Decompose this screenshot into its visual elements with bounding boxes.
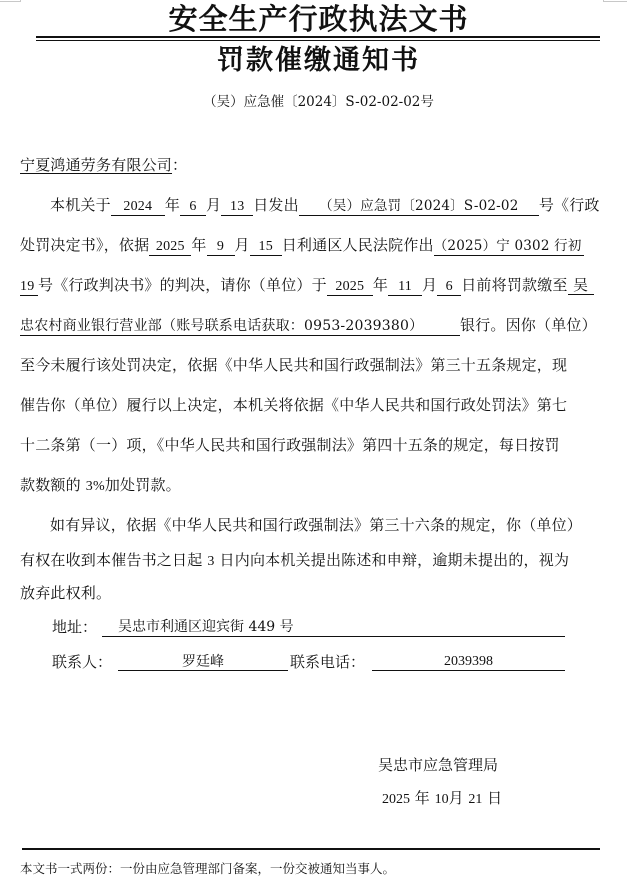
text: 有权在收到本催告书之日起	[20, 551, 202, 569]
title-double-rule-bottom	[36, 40, 600, 41]
paragraph1-line8: 款数额的 3%加处罚款。	[20, 475, 610, 497]
text: 月	[449, 789, 464, 807]
date-year: 2025	[382, 792, 410, 807]
text: 款数额的	[20, 476, 81, 494]
date-month: 10	[435, 792, 449, 807]
address-underline	[102, 636, 565, 637]
footer-note: 本文书一式两份：一份由应急管理部门备案，一份交被通知当事人。	[20, 860, 395, 878]
penalty-decision-number: （吴）应急罚〔2024〕S-02-02	[299, 198, 539, 216]
judgment-day: 15	[250, 238, 282, 256]
judgment-number-part2: 19	[20, 278, 38, 296]
address-value: 吴忠市利通区迎宾街 449 号	[118, 617, 294, 637]
contact-person-label: 联系人：	[52, 652, 112, 672]
paragraph2-line2: 有权在收到本催告书之日起 3 日内向本机关提出陈述和申辩，逾期未提出的，视为	[20, 550, 610, 572]
paragraph1-line1: 本机关于2024年6月13日发出（吴）应急罚〔2024〕S-02-02号《行政	[20, 195, 610, 216]
text: 年	[191, 236, 206, 254]
text: 日内向本机关提出陈述和申辩，逾期未提出的，视为	[220, 551, 570, 569]
recipient-colon: ：	[172, 156, 187, 174]
issue-date: 2025 年 10月 21 日	[382, 788, 502, 810]
contact-phone-label: 联系电话：	[290, 652, 365, 672]
paragraph1-line4: 忠农村商业银行营业部（账号联系电话获取：0953-2039380）银行。因你（单…	[20, 315, 610, 336]
paragraph1-line7: 十二条第（一）项，《中华人民共和国行政强制法》第四十五条的规定，每日按罚	[20, 435, 610, 455]
issue-month: 6	[180, 198, 206, 216]
text: 日	[487, 789, 502, 807]
issue-day: 13	[221, 198, 253, 216]
due-day: 6	[437, 278, 461, 296]
contact-phone-underline	[372, 670, 565, 671]
objection-days: 3	[207, 554, 214, 569]
paragraph1-line5: 至今未履行该处罚决定，依据《中华人民共和国行政强制法》第三十五条规定，现	[20, 355, 610, 375]
text: 月	[235, 236, 250, 254]
judgment-month: 9	[207, 238, 235, 256]
text: 年	[165, 196, 180, 214]
paragraph1-line3: 19号《行政判决书》的判决，请你（单位）于2025年11月6日前将罚款缴至吴	[20, 275, 610, 296]
paragraph1-line6: 催告你（单位）履行以上决定，本机关将依据《中华人民共和国行政处罚法》第七	[20, 395, 610, 415]
text: 日前将罚款缴至	[461, 276, 567, 294]
recipient-name: 宁夏鸿通劳务有限公司	[20, 156, 172, 174]
bank-name-part2: 忠农村商业银行营业部（账号联系电话获取：0953-2039380）	[20, 318, 460, 336]
address-label: 地址：	[52, 617, 97, 637]
bank-name-part1: 吴	[568, 277, 594, 295]
text: 月	[422, 276, 437, 294]
paragraph1-line2: 处罚决定书》，依据2025年9月15日利通区人民法院作出（2025）宁 0302…	[20, 235, 610, 256]
paragraph2-line3: 放弃此权利。	[20, 583, 610, 603]
text: 年	[373, 276, 388, 294]
text: 号《行政判决书》的判决，请你（单位）于	[38, 276, 327, 294]
document-number: （吴）应急催〔2024〕S-02-02-02号	[0, 93, 637, 111]
paragraph2-line1: 如有异议，依据《中华人民共和国行政强制法》第三十六条的规定，你（单位）	[20, 515, 610, 535]
due-month: 11	[388, 278, 422, 296]
judgment-number-part1: （2025）宁 0302 行初	[434, 238, 584, 256]
text: 日发出	[253, 196, 299, 214]
date-day: 21	[468, 792, 482, 807]
surcharge-rate: 3%	[86, 479, 105, 494]
text: 如有异议，依据《中华人民共和国行政强制法》第三十六条的规定，你（单位）	[50, 516, 582, 534]
title-double-rule-top	[36, 36, 600, 38]
text: 年	[415, 789, 430, 807]
footer-rule	[22, 848, 600, 850]
text: 本机关于	[50, 196, 111, 214]
issue-year: 2024	[111, 198, 165, 216]
issuing-organization: 吴忠市应急管理局	[378, 755, 498, 775]
text: 月	[206, 196, 221, 214]
text: 处罚决定书》，依据	[20, 236, 149, 254]
due-year: 2025	[327, 278, 373, 296]
contact-person-value: 罗廷峰	[118, 652, 288, 672]
text: 号《行政	[539, 196, 600, 214]
recipient-line: 宁夏鸿通劳务有限公司：	[20, 155, 610, 175]
contact-person-underline	[118, 670, 288, 671]
contact-phone-value: 2039398	[372, 652, 565, 672]
text: 加处罚款。	[105, 476, 181, 494]
judgment-year: 2025	[149, 238, 191, 256]
document-subtitle: 罚款催缴通知书	[0, 44, 637, 78]
text: 银行。因你（单位）	[460, 316, 597, 334]
document-title: 安全生产行政执法文书	[0, 2, 637, 36]
text: 日利通区人民法院作出	[282, 236, 434, 254]
